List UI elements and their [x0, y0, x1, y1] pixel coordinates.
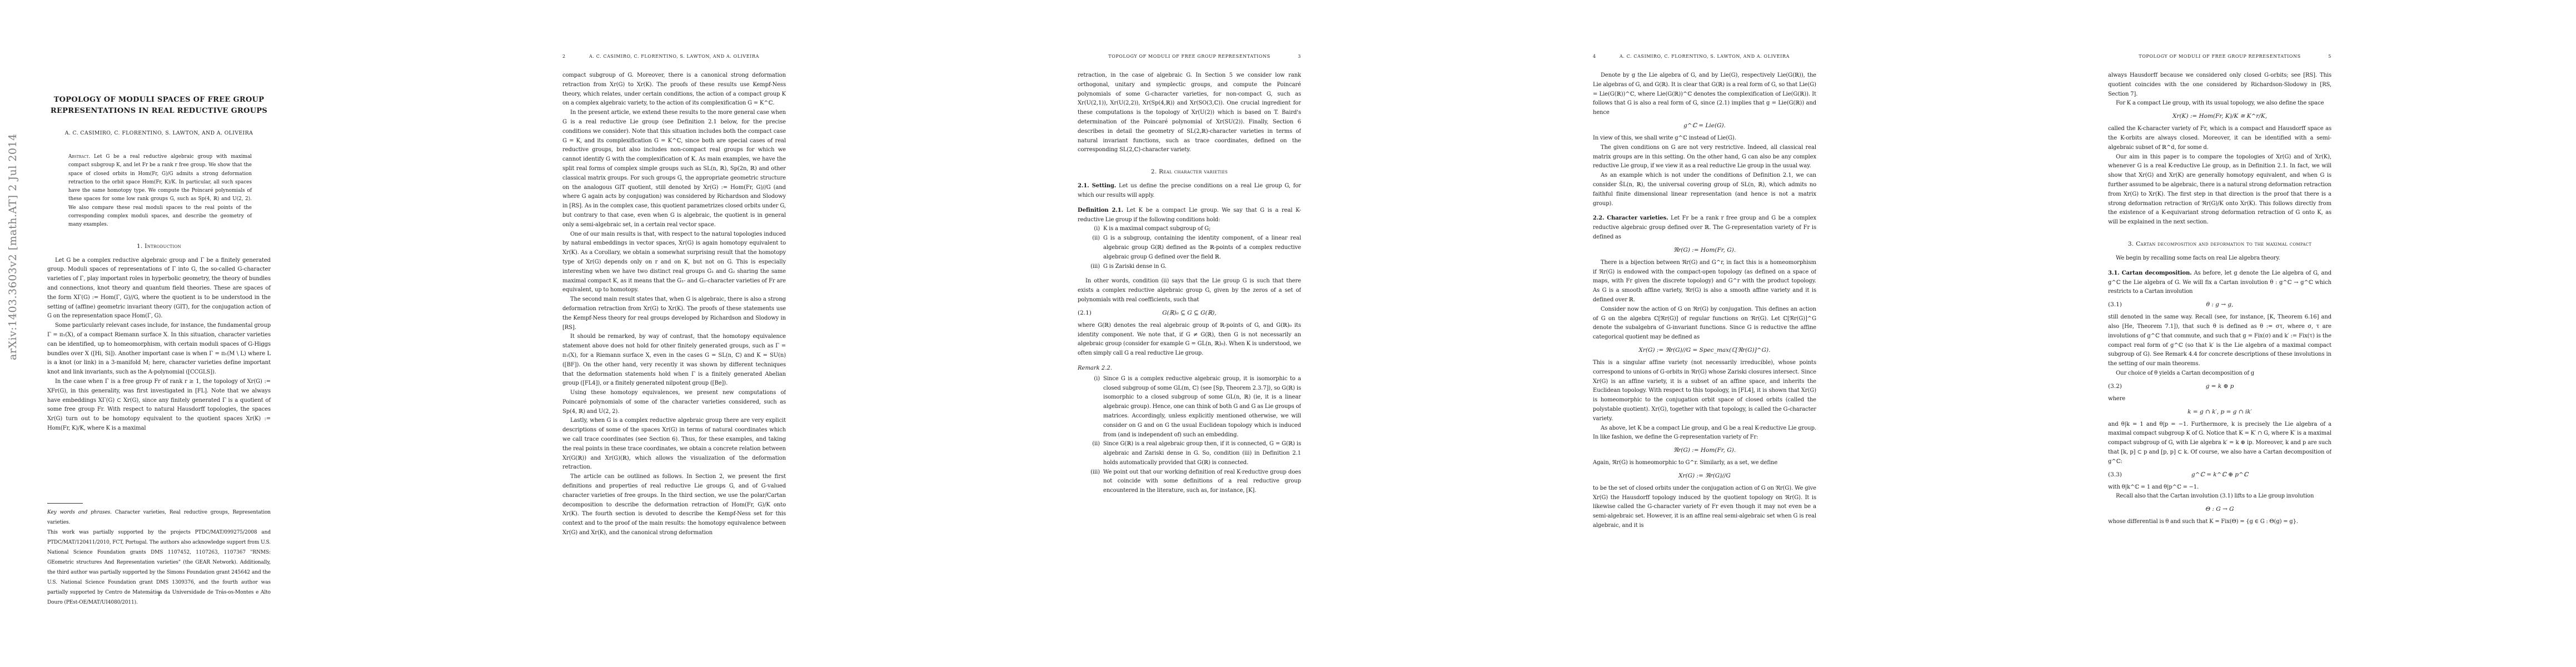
- paragraph: Consider now the action of G on ℜr(G) by…: [1593, 305, 1816, 342]
- section-heading-cartan-decomposition: 3. Cartan decomposition and deformation …: [2108, 241, 2331, 247]
- paragraph: with θ|k^ℂ = 1 and θ|p^ℂ = −1.: [2108, 483, 2331, 492]
- item-label: (i): [1085, 375, 1103, 440]
- equation-2-1: (2.1)G(ℝ)₀ ⊆ G ⊆ G(ℝ),: [1078, 309, 1301, 317]
- equation-body: θ : g → g,: [2206, 301, 2234, 308]
- running-head-authors: A. C. CASIMIRO, C. FLORENTINO, S. LAWTON…: [1606, 54, 1803, 59]
- paragraph: where G(ℝ) denotes the real algebraic gr…: [1078, 321, 1301, 359]
- page-1-column: TOPOLOGY OF MODULI SPACES OF FREE GROUP …: [47, 0, 271, 434]
- running-head: 4 A. C. CASIMIRO, C. FLORENTINO, S. LAWT…: [1593, 54, 1816, 59]
- remark-label: Remark 2.2.: [1078, 364, 1301, 374]
- paragraph: Using these homotopy equivalences, we pr…: [562, 389, 786, 416]
- list-item: (i)K is a maximal compact subgroup of G;: [1085, 225, 1301, 234]
- equation-body: Θ : G → G: [2205, 506, 2234, 512]
- page-3-column: retraction, in the case of algebraic G. …: [1078, 71, 1301, 496]
- paragraph: As above, let K be a compact Lie group, …: [1593, 424, 1816, 443]
- paragraph: In other words, condition (ii) says that…: [1078, 277, 1301, 305]
- page-2: 2 A. C. CASIMIRO, C. FLORENTINO, S. LAWT…: [515, 0, 1030, 667]
- abstract-text: Let G be a real reductive algebraic grou…: [68, 154, 252, 227]
- paragraph: Some particularly relevant cases include…: [47, 321, 271, 377]
- paragraph: In the present article, we extend these …: [562, 108, 786, 230]
- running-head: TOPOLOGY OF MODULI OF FREE GROUP REPRESE…: [2108, 54, 2331, 59]
- item-text: G is a subgroup, containing the identity…: [1103, 234, 1301, 262]
- subsection-label: 2.1. Setting.: [1078, 183, 1116, 189]
- equation-body: g^ℂ = Lie(G).: [1683, 122, 1726, 129]
- equation-body: ℜr(G) := Hom(Fr, G).: [1673, 447, 1736, 454]
- subsection-label: 3.1. Cartan decomposition.: [2108, 270, 2192, 276]
- paragraph: In view of this, we shall write g^ℂ inst…: [1593, 134, 1816, 143]
- arxiv-watermark: arXiv:1403.3603v2 [math.AT] 2 Jul 2014: [7, 133, 19, 360]
- page-number: 4: [1593, 54, 1606, 59]
- paragraph: We begin by recalling some facts on real…: [2108, 254, 2331, 263]
- equation: Xr(G) := ℜr(G)//G = Spec_max(ℂ[ℜr(G)]^G)…: [1593, 346, 1816, 355]
- equation: ℜr(G) := Hom(Fr, G).: [1593, 246, 1816, 255]
- page-3: TOPOLOGY OF MODULI OF FREE GROUP REPRESE…: [1030, 0, 1546, 667]
- paragraph: Recall also that the Cartan involution (…: [2108, 492, 2331, 501]
- paragraph: Again, ℜr(G) is homeomorphic to G^r. Sim…: [1593, 459, 1816, 468]
- paragraph: compact subgroup of G. Moreover, there i…: [562, 71, 786, 108]
- list-item: (iii)We point out that our working defin…: [1085, 468, 1301, 496]
- paper-title: TOPOLOGY OF MODULI SPACES OF FREE GROUP …: [47, 94, 271, 117]
- paragraph: The article can be outlined as follows. …: [562, 472, 786, 538]
- equation-label: (3.1): [2108, 301, 2122, 309]
- equation-body: g^ℂ = k^ℂ ⊕ p^ℂ: [2191, 471, 2248, 478]
- item-text: K is a maximal compact subgroup of G;: [1103, 225, 1301, 234]
- paper-scan: { "watermark": "arXiv:1403.3603v2 [math.…: [0, 0, 2576, 667]
- equation: Xr(G) := ℜr(G)//G: [1593, 472, 1816, 480]
- running-head: 2 A. C. CASIMIRO, C. FLORENTINO, S. LAWT…: [562, 54, 786, 59]
- paragraph: to be the set of closed orbits under the…: [1593, 484, 1816, 531]
- section-heading-real-character-varieties: 2. Real character varieties: [1078, 168, 1301, 175]
- paragraph: The second main result states that, when…: [562, 295, 786, 332]
- list-item: (ii)Since G(ℝ) is a real algebraic group…: [1085, 440, 1301, 467]
- equation: Θ : G → G: [2108, 505, 2331, 514]
- paragraph: called the K-character variety of Fr, wh…: [2108, 125, 2331, 152]
- paragraph: It should be remarked, by way of contras…: [562, 332, 786, 389]
- equation: k = g ∩ k′, p = g ∩ ik′: [2108, 408, 2331, 416]
- paragraph: Our aim in this paper is to compare the …: [2108, 153, 2331, 227]
- paragraph: This is a singular affine variety (not n…: [1593, 359, 1816, 424]
- page-2-column: compact subgroup of G. Moreover, there i…: [562, 71, 786, 538]
- running-head-title: TOPOLOGY OF MODULI OF FREE GROUP REPRESE…: [1091, 54, 1288, 59]
- paragraph: always Hausdorff because we considered o…: [2108, 71, 2331, 99]
- definition-label: Definition 2.1.: [1078, 207, 1123, 213]
- item-label: (ii): [1085, 234, 1103, 262]
- paragraph: There is a bijection between ℜr(G) and G…: [1593, 258, 1816, 305]
- paragraph: As an example which is not under the con…: [1593, 171, 1816, 208]
- abstract: Abstract. Let G be a real reductive alge…: [68, 153, 252, 230]
- equation-body: g = k ⊕ p: [2206, 383, 2234, 390]
- paragraph: whose differential is θ and such that K …: [2108, 517, 2331, 527]
- paragraph: retraction, in the case of algebraic G. …: [1078, 71, 1301, 155]
- paragraph: Let G be a complex reductive algebraic g…: [47, 256, 271, 322]
- list-item: (ii)G is a subgroup, containing the iden…: [1085, 234, 1301, 262]
- paragraph: where: [2108, 395, 2331, 404]
- paragraph: Our choice of θ yields a Cartan decompos…: [2108, 369, 2331, 379]
- page-4: 4 A. C. CASIMIRO, C. FLORENTINO, S. LAWT…: [1546, 0, 2061, 667]
- equation-label: (3.3): [2108, 471, 2122, 479]
- item-label: (iii): [1085, 262, 1103, 272]
- definition: Definition 2.1. Let K be a compact Lie g…: [1078, 206, 1301, 225]
- subsection-label: 2.2. Character varieties.: [1593, 215, 1668, 221]
- equation-3-3: (3.3)g^ℂ = k^ℂ ⊕ p^ℂ: [2108, 471, 2331, 479]
- page-4-column: Denote by g the Lie algebra of G, and by…: [1593, 71, 1816, 531]
- equation: Xr(K) := Hom(Fr, K)/K ≅ K^r/K,: [2108, 112, 2331, 121]
- page-number: 5: [2318, 54, 2331, 59]
- equation-3-1: (3.1)θ : g → g,: [2108, 301, 2331, 309]
- equation-body: Xr(G) := ℜr(G)//G: [1678, 472, 1731, 479]
- subsection-setting: 2.1. Setting. Let us define the precise …: [1078, 182, 1301, 201]
- subsection-character-varieties: 2.2. Character varieties. Let Fr be a ra…: [1593, 214, 1816, 242]
- abstract-label: Abstract.: [68, 154, 90, 160]
- item-text: We point out that our working definition…: [1103, 468, 1301, 496]
- equation-body: ℜr(G) := Hom(Fr, G).: [1673, 247, 1736, 253]
- equation-body: G(ℝ)₀ ⊆ G ⊆ G(ℝ),: [1162, 310, 1217, 316]
- item-text: Since G(ℝ) is a real algebraic group the…: [1103, 440, 1301, 467]
- page-number: 3: [1288, 54, 1301, 59]
- section-heading-introduction: 1. Introduction: [47, 243, 271, 250]
- paragraph: The given conditions on G are not very r…: [1593, 143, 1816, 171]
- equation-body: Xr(G) := ℜr(G)//G = Spec_max(ℂ[ℜr(G)]^G)…: [1639, 347, 1771, 354]
- equation-body: Xr(K) := Hom(Fr, K)/K ≅ K^r/K,: [2173, 113, 2267, 120]
- footnote-keywords: Key words and phrases. Character varieti…: [47, 507, 271, 527]
- equation: ℜr(G) := Hom(Fr, G).: [1593, 446, 1816, 455]
- item-label: (iii): [1085, 468, 1103, 496]
- page-5: TOPOLOGY OF MODULI OF FREE GROUP REPRESE…: [2061, 0, 2576, 667]
- paragraph: still denoted in the same way. Recall (s…: [2108, 313, 2331, 369]
- paragraph: In the case when Γ is a free group Fr of…: [47, 377, 271, 434]
- page-number: 1: [47, 591, 271, 598]
- page-number: 2: [562, 54, 576, 59]
- item-label: (ii): [1085, 440, 1103, 467]
- running-head-title: TOPOLOGY OF MODULI OF FREE GROUP REPRESE…: [2121, 54, 2318, 59]
- item-text: Since G is a complex reductive algebraic…: [1103, 375, 1301, 440]
- equation-body: k = g ∩ k′, p = g ∩ ik′: [2188, 409, 2252, 415]
- list-item: (iii)G is Zariski dense in G.: [1085, 262, 1301, 272]
- equation-3-2: (3.2)g = k ⊕ p: [2108, 382, 2331, 391]
- equation-label: (3.2): [2108, 382, 2122, 391]
- equation: g^ℂ = Lie(G).: [1593, 122, 1816, 130]
- page-1: arXiv:1403.3603v2 [math.AT] 2 Jul 2014 T…: [0, 0, 515, 667]
- list-item: (i)Since G is a complex reductive algebr…: [1085, 375, 1301, 440]
- equation-label: (2.1): [1078, 309, 1092, 317]
- item-label: (i): [1085, 225, 1103, 234]
- page-5-column: always Hausdorff because we considered o…: [2108, 71, 2331, 527]
- running-head: TOPOLOGY OF MODULI OF FREE GROUP REPRESE…: [1078, 54, 1301, 59]
- footnote-rule: [47, 503, 83, 504]
- paragraph: Lastly, when G is a complex reductive al…: [562, 416, 786, 472]
- paragraph: One of our main results is that, with re…: [562, 230, 786, 296]
- subsection-cartan-decomposition: 3.1. Cartan decomposition. As before, le…: [2108, 269, 2331, 297]
- paragraph: For K a compact Lie group, with its usua…: [2108, 99, 2331, 108]
- running-head-authors: A. C. CASIMIRO, C. FLORENTINO, S. LAWTON…: [576, 54, 773, 59]
- paragraph: and θ|k = 1 and θ|p = −1. Furthermore, k…: [2108, 420, 2331, 467]
- keywords-label: Key words and phrases.: [47, 510, 112, 515]
- paragraph: Denote by g the Lie algebra of G, and by…: [1593, 71, 1816, 118]
- item-text: G is Zariski dense in G.: [1103, 262, 1301, 272]
- authors-line: A. C. CASIMIRO, C. FLORENTINO, S. LAWTON…: [47, 130, 271, 136]
